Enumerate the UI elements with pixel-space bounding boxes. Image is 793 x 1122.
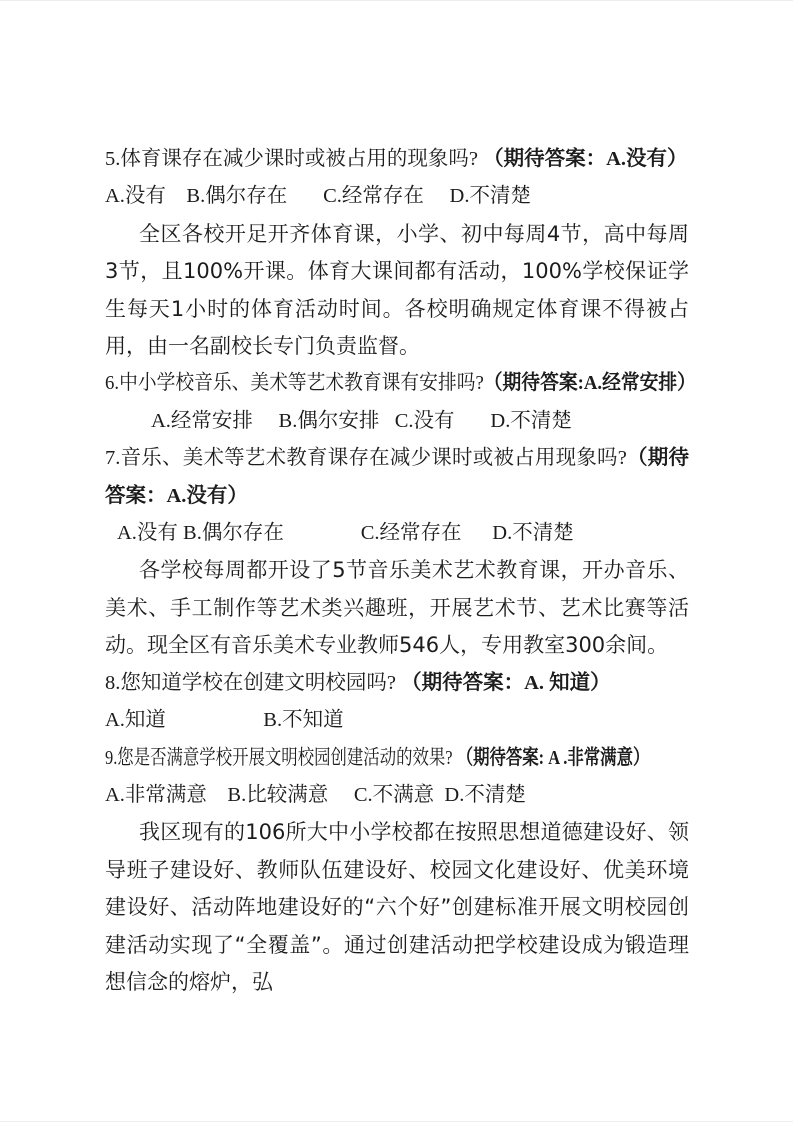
question-5-text: 5.体育课存在减少课时或被占用的现象吗? xyxy=(105,148,483,170)
question-9-text: 9.您是否满意学校开展文明校园创建活动的效果? xyxy=(105,747,457,769)
question-9-expected-answer: （期待答案: A .非常满意） xyxy=(457,747,650,769)
question-7: 7.音乐、美术等艺术教育课存在减少课时或被占用现象吗?（期待答案：A.没有） xyxy=(105,440,689,515)
question-6-line: 6.中小学校音乐、美术等艺术教育课有安排吗?（期待答案:A.经常安排） xyxy=(105,365,696,402)
question-6-options: A.经常安排 B.偶尔安排 C.没有 D.不清楚 xyxy=(105,403,689,440)
question-6: 6.中小学校音乐、美术等艺术教育课有安排吗?（期待答案:A.经常安排） xyxy=(105,365,689,402)
question-7-options: A.没有 B.偶尔存在 C.经常存在 D.不清楚 xyxy=(105,515,689,552)
question-7-explanation: 各学校每周都开设了5节音乐美术艺术教育课，开办音乐、美术、手工制作等艺术类兴趣班… xyxy=(105,552,689,664)
question-5-options: A.没有 B.偶尔存在 C.经常存在 D.不清楚 xyxy=(105,178,689,215)
question-8-options: A.知道 B.不知道 xyxy=(105,702,689,739)
page-sheet: 5.体育课存在减少课时或被占用的现象吗? （期待答案：A.没有） A.没有 B.… xyxy=(0,0,793,1122)
question-6-expected-answer: （期待答案:A.经常安排） xyxy=(484,372,696,394)
question-5-expected-answer: （期待答案：A.没有） xyxy=(483,148,687,170)
question-8-text: 8.您知道学校在创建文明校园吗? xyxy=(105,672,401,694)
question-6-text: 6.中小学校音乐、美术等艺术教育课有安排吗? xyxy=(105,372,484,394)
question-5-explanation: 全区各校开足开齐体育课，小学、初中每周4节，高中每周3节，且100%开课。体育大… xyxy=(105,216,689,366)
question-9-options: A.非常满意 B.比较满意 C.不满意 D.不清楚 xyxy=(105,777,689,814)
survey-content: 5.体育课存在减少课时或被占用的现象吗? （期待答案：A.没有） A.没有 B.… xyxy=(105,141,689,1001)
question-8: 8.您知道学校在创建文明校园吗? （期待答案：A. 知道） xyxy=(105,665,689,702)
question-5: 5.体育课存在减少课时或被占用的现象吗? （期待答案：A.没有） xyxy=(105,141,689,178)
question-9-explanation: 我区现有的106所大中小学校都在按照思想道德建设好、领导班子建设好、教师队伍建设… xyxy=(105,814,689,1001)
question-7-text: 7.音乐、美术等艺术教育课存在减少课时或被占用现象吗? xyxy=(105,447,627,469)
question-9-line: 9.您是否满意学校开展文明校园创建活动的效果? （期待答案: A .非常满意） xyxy=(105,740,649,777)
question-9: 9.您是否满意学校开展文明校园创建活动的效果? （期待答案: A .非常满意） xyxy=(105,740,689,777)
question-8-expected-answer: （期待答案：A. 知道） xyxy=(401,672,611,694)
